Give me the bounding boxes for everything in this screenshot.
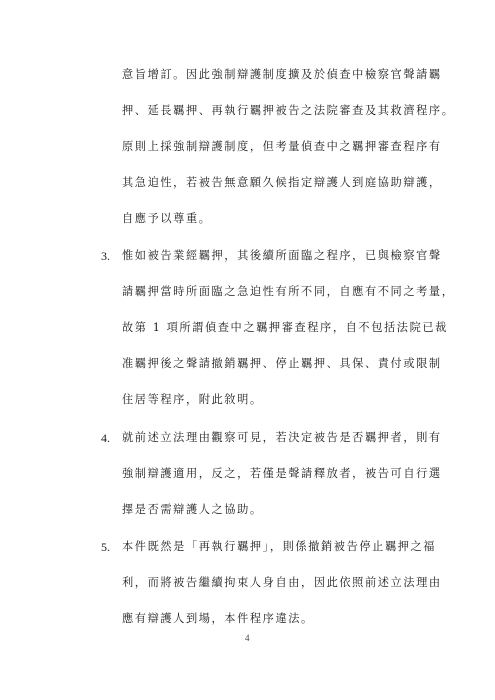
paragraph-line: 押、延長羈押、再執行羈押被告之法院審查及其救濟程序。 <box>122 104 454 118</box>
list-item-line: 擇是否需辯護人之協助。 <box>122 503 263 517</box>
list-item-line: 本件既然是「再執行羈押」，則係撤銷被告停止羈押之福 <box>122 540 436 554</box>
list-item-line: 請羈押當時所面臨之急迫性有所不同，自應有不同之考量， <box>122 285 454 299</box>
list-item-number: 5. <box>101 540 110 554</box>
list-item-line: 強制辯護適用，反之，若僅是聲請釋放者，被告可自行選 <box>122 467 442 481</box>
paragraph-line: 意旨增訂。因此強制辯護制度擴及於偵查中檢察官聲請羈 <box>122 68 442 82</box>
list-item-line: 應有辯護人到場，本件程序違法。 <box>122 612 314 626</box>
list-item-line: 故第 1 項所謂偵查中之羈押審查程序，自不包括法院已裁 <box>122 321 448 335</box>
page-number: 4 <box>245 633 250 643</box>
list-item-number: 3. <box>101 249 110 263</box>
list-item-line: 惟如被告業經羈押，其後續所面臨之程序，已與檢察官聲 <box>122 249 442 263</box>
list-item-line: 住居等程序，附此敘明。 <box>122 393 263 407</box>
list-item-line: 准羈押後之聲請撤銷羈押、停止羈押、具保、責付或限制 <box>122 357 442 371</box>
list-item-line: 就前述立法理由觀察可見，若決定被告是否羈押者，則有 <box>122 431 442 445</box>
list-item-line: 利，而將被告繼續拘束人身自由，因此依照前述立法理由 <box>122 576 442 590</box>
paragraph-line: 其急迫性，若被告無意願久候指定辯護人到庭協助辯護， <box>122 176 442 190</box>
paragraph-line: 原則上採強制辯護制度，但考量偵查中之羈押審查程序有 <box>122 140 442 154</box>
document-page: 意旨增訂。因此強制辯護制度擴及於偵查中檢察官聲請羈 押、延長羈押、再執行羈押被告… <box>0 0 495 700</box>
list-item-number: 4. <box>101 431 110 445</box>
paragraph-line: 自應予以尊重。 <box>122 212 212 226</box>
